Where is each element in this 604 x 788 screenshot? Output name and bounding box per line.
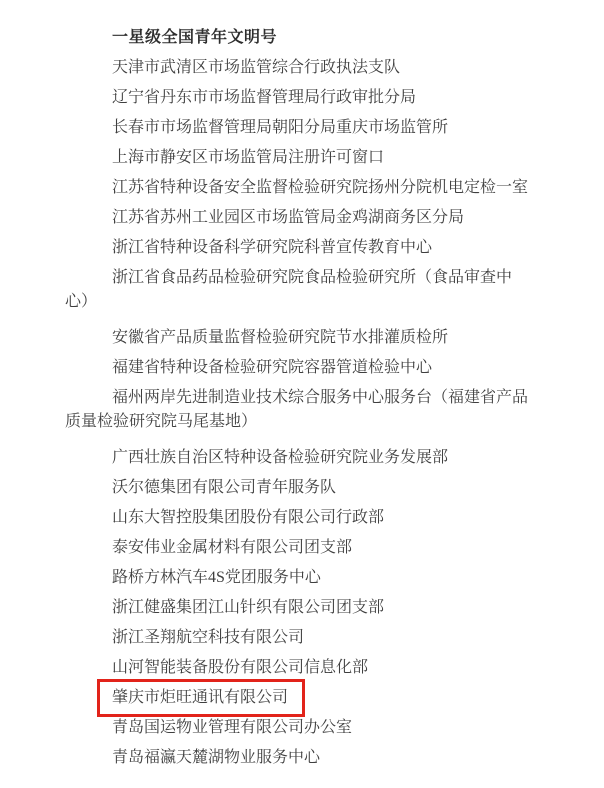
- list-item-text: 浙江圣翔航空科技有限公司: [112, 629, 304, 646]
- list-item-text: 上海市静安区市场监管局注册许可窗口: [112, 149, 384, 166]
- list-item: 长春市市场监督管理局朝阳分局重庆市场监管所: [65, 116, 598, 140]
- document-page: 一星级全国青年文明号 天津市武清区市场监管综合行政执法支队 辽宁省丹东市市场监督…: [0, 0, 604, 788]
- list-item-text: 青岛国运物业管理有限公司办公室: [112, 719, 352, 736]
- list-item-text: 浙江省食品药品检验研究院食品检验研究所（食品审查中 心）: [65, 269, 512, 310]
- list-item: 青岛国运物业管理有限公司办公室: [65, 716, 598, 740]
- list-item-text: 福州两岸先进制造业技术综合服务中心服务台（福建省产品 质量检验研究院马尾基地）: [65, 389, 528, 430]
- list-item: 浙江健盛集团江山针织有限公司团支部: [65, 596, 598, 620]
- list-item: 浙江圣翔航空科技有限公司: [65, 626, 598, 650]
- list-item: 辽宁省丹东市市场监督管理局行政审批分局: [65, 86, 598, 110]
- list-item-text: 浙江省特种设备科学研究院科普宣传教育中心: [112, 239, 432, 256]
- list-item: 山河智能装备股份有限公司信息化部: [65, 656, 598, 680]
- list-item: 安徽省产品质量监督检验研究院节水排灌质检所: [65, 326, 598, 350]
- list-item-text: 山东大智控股集团股份有限公司行政部: [112, 509, 384, 526]
- list-item: 山东大智控股集团股份有限公司行政部: [65, 506, 598, 530]
- list-item: 上海市静安区市场监管局注册许可窗口: [65, 146, 598, 170]
- list-item: 天津市武清区市场监管综合行政执法支队: [65, 56, 598, 80]
- list-item: 沃尔德集团有限公司青年服务队: [65, 476, 598, 500]
- list-item-text: 安徽省产品质量监督检验研究院节水排灌质检所: [112, 329, 448, 346]
- list-item-text: 广西壮族自治区特种设备检验研究院业务发展部: [112, 449, 448, 466]
- list-item: 泰安伟业金属材料有限公司团支部: [65, 536, 598, 560]
- list-item: 肇庆市炬旺通讯有限公司: [65, 686, 598, 710]
- list-item-text: 泰安伟业金属材料有限公司团支部: [112, 539, 352, 556]
- list-item: 青岛福瀛天麓湖物业服务中心: [65, 746, 598, 770]
- list-item: 广西壮族自治区特种设备检验研究院业务发展部: [65, 446, 598, 470]
- list-item-text: 浙江健盛集团江山针织有限公司团支部: [112, 599, 384, 616]
- list-item: 福建省特种设备检验研究院容器管道检验中心: [65, 356, 598, 380]
- list-item: 江苏省特种设备安全监督检验研究院扬州分院机电定检一室: [65, 176, 598, 200]
- list-item-text: 长春市市场监督管理局朝阳分局重庆市场监管所: [112, 119, 448, 136]
- list-item-text: 福建省特种设备检验研究院容器管道检验中心: [112, 359, 432, 376]
- entry-list: 天津市武清区市场监管综合行政执法支队 辽宁省丹东市市场监督管理局行政审批分局 长…: [65, 56, 598, 770]
- page-title: 一星级全国青年文明号: [65, 26, 598, 50]
- list-item: 江苏省苏州工业园区市场监管局金鸡湖商务区分局: [65, 206, 598, 230]
- list-item: 浙江省特种设备科学研究院科普宣传教育中心: [65, 236, 598, 260]
- list-item-text: 江苏省特种设备安全监督检验研究院扬州分院机电定检一室: [112, 179, 528, 196]
- list-item-text: 肇庆市炬旺通讯有限公司: [112, 689, 288, 706]
- list-item-text: 青岛福瀛天麓湖物业服务中心: [112, 749, 320, 766]
- list-item-text: 天津市武清区市场监管综合行政执法支队: [112, 59, 400, 76]
- list-item: 福州两岸先进制造业技术综合服务中心服务台（福建省产品 质量检验研究院马尾基地）: [65, 386, 598, 434]
- list-item-text: 山河智能装备股份有限公司信息化部: [112, 659, 368, 676]
- list-item: 浙江省食品药品检验研究院食品检验研究所（食品审查中 心）: [65, 266, 598, 314]
- list-item-text: 路桥方林汽车4S党团服务中心: [112, 569, 321, 586]
- list-item-text: 江苏省苏州工业园区市场监管局金鸡湖商务区分局: [112, 209, 464, 226]
- list-item-text: 沃尔德集团有限公司青年服务队: [112, 479, 336, 496]
- list-item: 路桥方林汽车4S党团服务中心: [65, 566, 598, 590]
- list-item-text: 辽宁省丹东市市场监督管理局行政审批分局: [112, 89, 416, 106]
